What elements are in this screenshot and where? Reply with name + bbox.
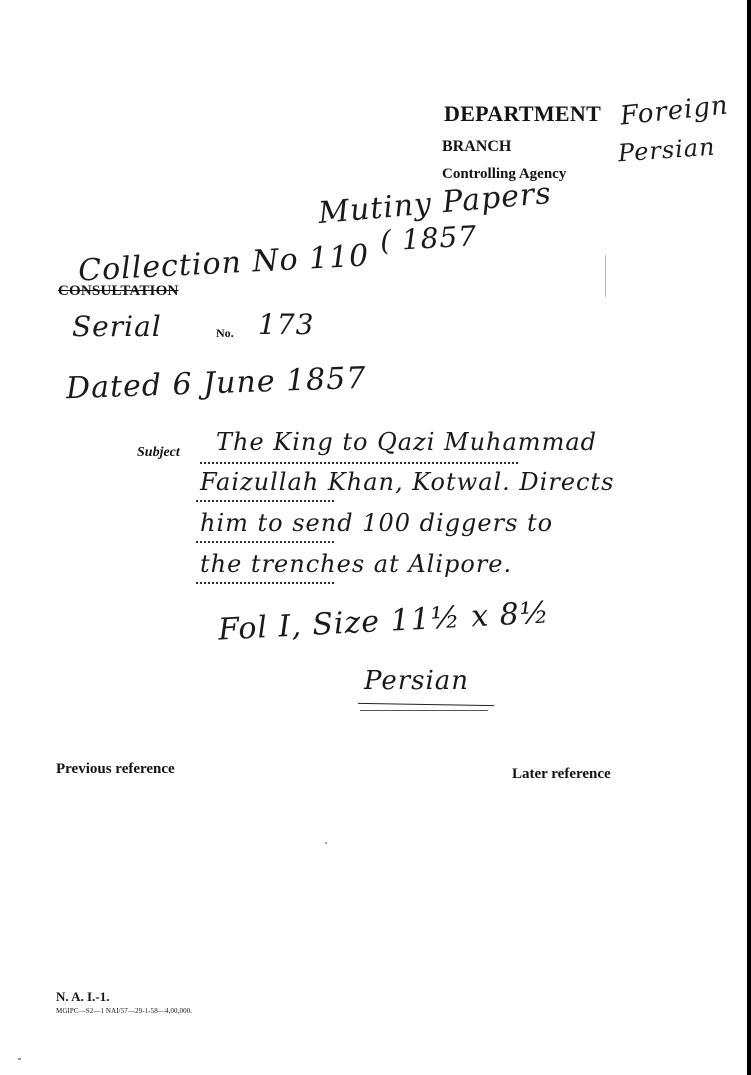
subject-line-4: the trenches at Alipore. bbox=[200, 550, 512, 578]
subject-dotted-line bbox=[196, 500, 334, 502]
language-underline bbox=[360, 710, 488, 711]
language-note: Persian bbox=[364, 666, 469, 696]
form-code: N. A. I.-1. bbox=[56, 989, 109, 1005]
previous-reference-label: Previous reference bbox=[56, 761, 175, 778]
number-label: No. bbox=[216, 326, 234, 341]
subject-line-1: The King to Qazi Muhammad bbox=[216, 428, 597, 456]
department-label: DEPARTMENT bbox=[444, 101, 601, 127]
dated-value: Dated 6 June 1857 bbox=[65, 361, 366, 406]
serial-number-value: 173 bbox=[258, 308, 314, 341]
scan-edge-bar bbox=[747, 0, 751, 1075]
branch-label: BRANCH bbox=[442, 138, 511, 156]
collection-number: Collection No 110 bbox=[77, 238, 370, 288]
branch-value: Persian bbox=[617, 133, 716, 168]
subject-dotted-line bbox=[196, 541, 334, 543]
subject-line-2: Faizullah Khan, Kotwal. Directs bbox=[200, 468, 614, 496]
folio-size-note: Fol I, Size 11½ x 8½ bbox=[217, 595, 550, 647]
department-value: Foreign bbox=[619, 90, 730, 131]
subject-label: Subject bbox=[137, 445, 180, 461]
language-underline bbox=[358, 703, 494, 706]
printer-imprint: MGIPC—S2—1 NAI/57—29-1-58—4,00,000. bbox=[56, 1007, 192, 1015]
consultation-label-struck: CONSULTATION bbox=[58, 283, 179, 300]
later-reference-label: Later reference bbox=[512, 766, 611, 783]
subject-dotted-line bbox=[200, 462, 518, 464]
scan-speck bbox=[605, 255, 606, 297]
scan-speck bbox=[325, 842, 327, 844]
scan-speck bbox=[18, 1058, 21, 1060]
controlling-agency-year: ( 1857 bbox=[379, 219, 478, 257]
serial-label-handwritten: Serial bbox=[72, 310, 162, 343]
subject-line-3: him to send 100 diggers to bbox=[200, 509, 553, 537]
subject-dotted-line bbox=[196, 582, 334, 584]
